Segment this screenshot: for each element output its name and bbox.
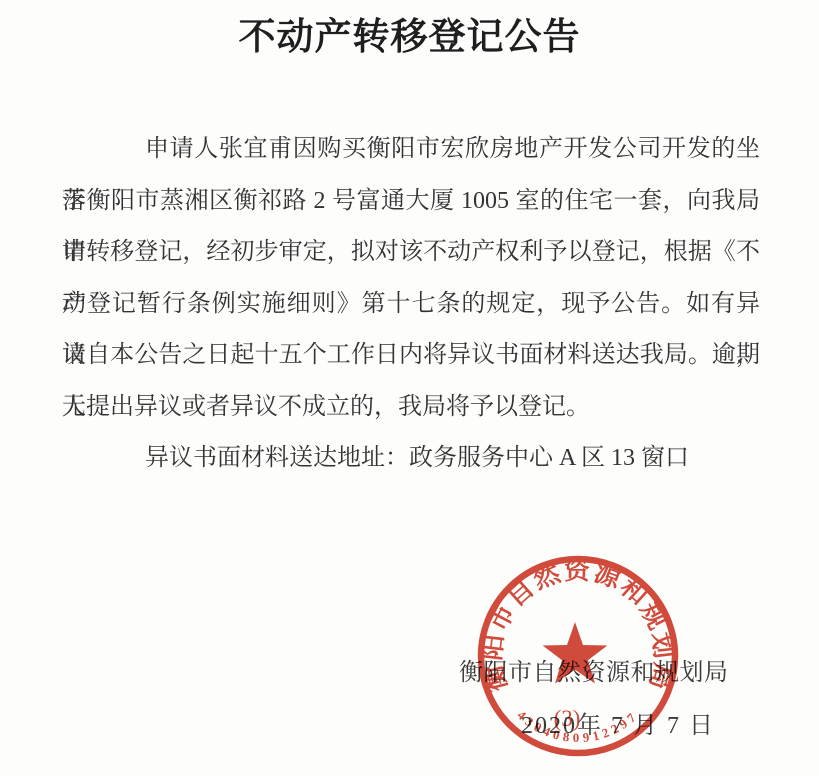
body-line: 申请人张宜甫因购买衡阳市宏欣房地产开发公司开发的坐落 (62, 124, 760, 176)
body-line: 人提出异议或者异议不成立的，我局将予以登记。 (62, 382, 760, 434)
issuer-signature: 衡阳市自然资源和规划局 (459, 652, 729, 687)
body-line: 请转移登记，经初步审定，拟对该不动产权利予以登记，根据《不动 (62, 227, 760, 279)
announcement-document: 不动产转移登记公告 申请人张宜甫因购买衡阳市宏欣房地产开发公司开发的坐落 于衡阳… (0, 0, 819, 776)
body-line: 产登记暂行条例实施细则》第十七条的规定，现予公告。如有异议， (62, 279, 760, 331)
document-body: 申请人张宜甫因购买衡阳市宏欣房地产开发公司开发的坐落 于衡阳市蒸湘区衡祁路 2 … (62, 124, 760, 485)
body-line: 于衡阳市蒸湘区衡祁路 2 号富通大厦 1005 室的住宅一套，向我局申 (62, 176, 760, 228)
body-line: 请自本公告之日起十五个工作日内将异议书面材料送达我局。逾期无 (62, 330, 760, 382)
document-title: 不动产转移登记公告 (0, 14, 819, 62)
body-line-address: 异议书面材料送达地址：政务服务中心 A 区 13 窗口 (62, 433, 760, 485)
issue-date: 2020年 7 月 7 日 (521, 705, 715, 740)
